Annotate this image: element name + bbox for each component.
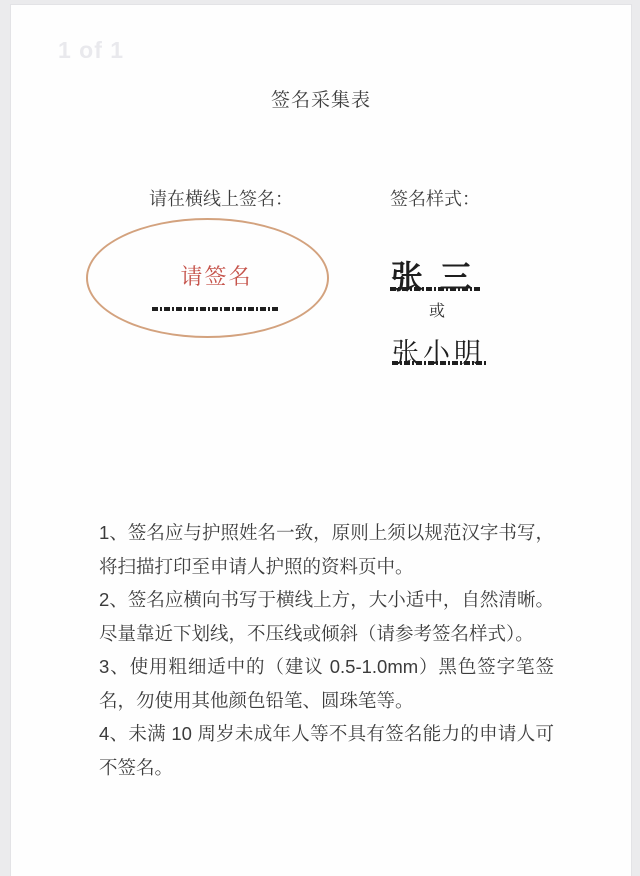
document-page: 1 of 1 签名采集表 请在横线上签名： 签名样式： 请签名 张 三 或 张小… — [10, 4, 632, 876]
document-title: 签名采集表 — [11, 85, 631, 112]
signature-style-label: 签名样式： — [390, 185, 480, 211]
instruction-item-1: 1、签名应与护照姓名一致，原则上须以规范汉字书写，将扫描打印至申请人护照的资料页… — [99, 516, 554, 583]
sample-signature-1: 张 三 — [391, 252, 472, 298]
viewer-background: { "viewer": { "page_indicator": "1 of 1"… — [0, 0, 640, 876]
or-text: 或 — [391, 298, 483, 321]
page-indicator: 1 of 1 — [58, 37, 124, 64]
instruction-item-4: 4、未满 10 周岁未成年人等不具有签名能力的申请人可不签名。 — [99, 717, 554, 784]
signature-field[interactable]: 请签名 — [86, 218, 329, 338]
instruction-item-2: 2、签名应横向书写于横线上方，大小适中，自然清晰。尽量靠近下划线，不压线或倾斜（… — [99, 583, 554, 650]
instructions-list: 1、签名应与护照姓名一致，原则上须以规范汉字书写，将扫描打印至申请人护照的资料页… — [99, 516, 554, 784]
sample-signature-1-underline — [390, 287, 482, 291]
sign-prompt-label: 请在横线上签名： — [149, 185, 293, 211]
sample-signature-2-underline — [392, 361, 488, 365]
instruction-item-3: 3、使用粗细适中的（建议 0.5-1.0mm）黑色签字笔签名，勿使用其他颜色铅笔… — [99, 650, 554, 717]
signature-placeholder: 请签名 — [88, 260, 327, 291]
signature-baseline — [152, 307, 279, 311]
